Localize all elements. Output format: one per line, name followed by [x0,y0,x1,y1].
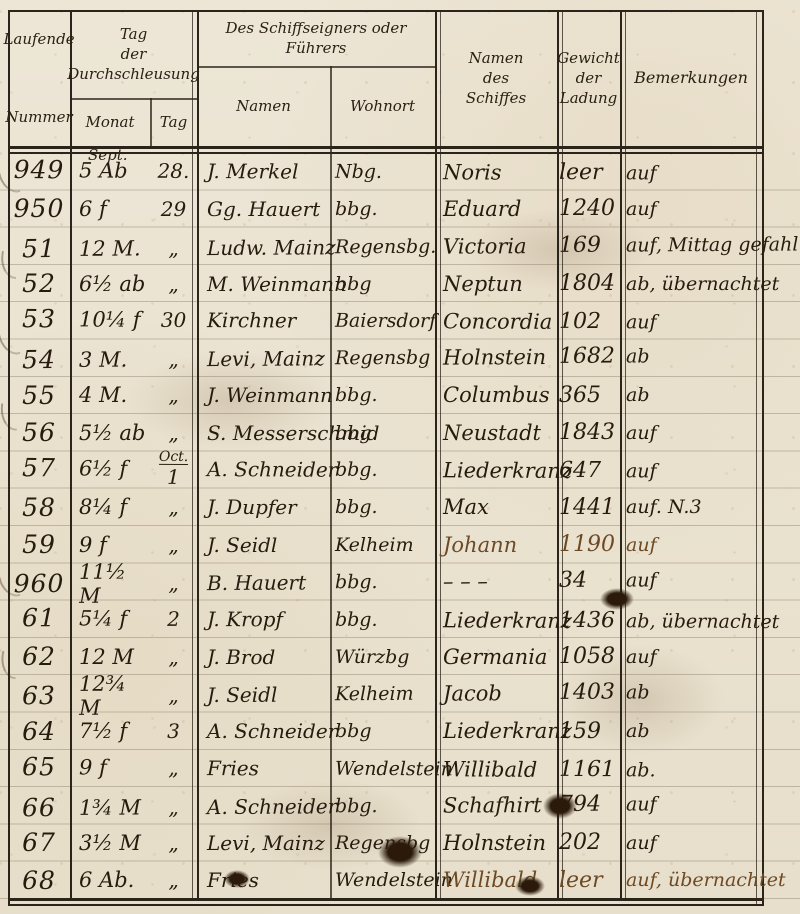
cell-day-value: „ [168,833,178,853]
cell-residence: bbg. [330,414,435,451]
cell-residence: bbg [330,712,435,749]
cell-number: 960 [8,565,70,603]
cell-time: 11½ M [70,565,150,603]
cell-residence: Nbg. [330,153,435,191]
cell-number: 53 [8,300,70,338]
cell-remark: auf [620,154,762,192]
cell-residence: Kelheim [330,675,435,713]
cell-number: 59 [8,526,70,563]
ledger-row: 63 12¾ M „ J. Seidl Kelheim Jacob 1403 a… [8,673,762,715]
cell-ship-name: Columbus [435,377,557,414]
header-month: Monat [70,98,150,146]
cell-captain: J. Seidl [197,526,330,563]
cell-ship-name: Liederkranz [435,712,557,749]
cell-ship-name: Holnstein [435,338,557,376]
cell-day: 2 [150,599,197,637]
cell-number: 54 [8,341,70,379]
cell-captain: J. Brod [197,638,330,675]
cell-number: 57 [8,449,70,487]
cell-day-value: 2 [167,608,180,628]
cell-number: 63 [8,677,70,715]
cell-time: 6 f [70,190,150,227]
cell-captain: J. Kropf [197,600,330,638]
cell-captain: Levi, Mainz [197,340,330,378]
cell-day-value: „ [168,385,178,405]
cell-remark: auf [620,453,762,491]
cell-time: 12¾ M [70,677,150,715]
cell-day-value: 1 [167,467,180,487]
cell-ship-name: Germania [435,638,557,675]
cell-weight: 647 [557,452,620,490]
cell-day-value: 28. [158,160,190,180]
cell-residence: Kelheim [330,526,435,563]
cell-day: „ [150,229,197,267]
cell-day: „ [150,676,197,714]
cell-day-value: „ [168,647,178,667]
cell-captain: A. Schneider [197,450,330,488]
cell-day: „ [150,749,197,787]
cell-weight: 1190 [557,526,620,563]
ink-blot [543,793,577,819]
cell-day-value: „ [168,497,178,517]
cell-captain: J. Dupfer [197,489,330,526]
cell-time: 5¼ f [70,599,150,637]
cell-weight: leer [557,154,620,192]
cell-day-value: „ [168,757,178,777]
cell-number: 52 [8,265,70,302]
cell-captain: J. Seidl [197,675,330,713]
cell-time: 8¼ f [70,489,150,526]
cell-day-month: Oct. [159,450,188,465]
cell-weight: 1843 [557,414,620,451]
cell-remark: ab [620,377,762,414]
ledger-row: 58 8¼ f „ J. Dupfer bbg. Max 1441 auf. N… [8,489,762,526]
cell-ship-name: Victoria [435,227,557,265]
cell-captain: B. Hauert [197,564,330,602]
cell-weight: 365 [557,377,620,414]
cell-ship-name: Johann [435,526,557,563]
cell-remark: ab [620,712,762,749]
cell-captain: S. Messerschmid [197,414,330,451]
ledger-row: 960 11½ M „ B. Hauert bbg. – – – 34 auf [8,561,762,603]
cell-weight: 1240 [557,190,620,227]
cell-day: „ [150,526,197,563]
cell-number: 67 [8,824,70,861]
cell-remark: auf [620,526,762,563]
cell-weight: 102 [557,303,620,341]
cell-day-value: 3 [167,721,180,741]
cell-day-value: „ [168,423,178,443]
cell-residence: bbg. [330,563,435,601]
cell-day-value: „ [168,349,178,369]
header-weight: Gewicht der Ladung [557,12,620,144]
cell-number: 61 [8,599,70,637]
cell-remark: ab. [620,751,762,789]
ledger-row: 61 5¼ f 2 J. Kropf bbg. Liederkranz 1436… [8,599,762,640]
cell-time: 5½ ab [70,414,150,451]
ledger-row: 65 9 f „ Fries Wendelstein Willibald 116… [8,748,762,789]
cell-day: „ [150,638,197,675]
cell-residence: Wendelstein [330,749,435,787]
cell-number: 68 [8,862,70,899]
cell-residence: Baiersdorf [330,302,435,340]
cell-time: 9 f [70,526,150,563]
ledger-page: Laufende Nummer Tag der Durchschleusung … [0,0,800,914]
cell-weight: 169 [557,226,620,264]
header-number: Laufende Nummer [8,12,70,144]
cell-remark: auf [620,190,762,227]
cell-weight: 202 [557,824,620,861]
cell-number: 949 [8,151,70,189]
cell-ship-name: Noris [435,153,557,191]
cell-day: 30 [150,301,197,339]
cell-ship-name: Schafhirt [435,786,557,824]
ledger-row: 54 3 M. „ Levi, Mainz Regensbg Holnstein… [8,337,762,379]
cell-remark: auf [620,824,762,861]
cell-residence: Würzbg [330,638,435,675]
cell-remark: ab, übernachtet [620,602,762,640]
cell-ship-name: Willibald [435,750,557,788]
cell-ship-name: Neptun [435,265,557,302]
cell-ship-name: Holnstein [435,824,557,861]
table-border-right [762,10,764,906]
cell-remark: auf [620,785,762,823]
ledger-row: 56 5½ ab „ S. Messerschmid bbg. Neustadt… [8,414,762,451]
ledger-row: 53 10¼ f 30 Kirchner Baiersdorf Concordi… [8,300,762,341]
cell-captain: Gg. Hauert [197,190,330,227]
cell-ship-name: – – – [435,562,557,600]
cell-day: „ [150,414,197,451]
cell-residence: Regensbg. [330,227,435,265]
cell-residence: bbg. [330,787,435,825]
month-start-note: Sept. [88,146,128,164]
cell-ship-name: Jacob [435,674,557,712]
cell-residence: Regensbg [330,339,435,377]
cell-number: 950 [8,190,70,227]
cell-captain: J. Merkel [197,152,330,190]
cell-day: „ [150,824,197,861]
cell-remark: auf. N.3 [620,489,762,526]
ledger-body: 949 5 Ab 28. J. Merkel Nbg. Noris leer a… [8,153,762,899]
header-remarks: Bemerkungen [620,12,762,144]
cell-number: 66 [8,789,70,827]
ledger-row: 66 1¾ M „ A. Schneider bbg. Schafhirt 79… [8,785,762,827]
cell-captain: Kirchner [197,301,330,339]
cell-remark: auf [620,638,762,675]
cell-ship-name: Liederkranz [435,452,557,490]
ledger-row: 68 6 Ab. „ Fries Wendelstein Willibald l… [8,862,762,899]
cell-day-value: „ [168,237,178,257]
cell-number: 56 [8,414,70,451]
cell-day: 3 [150,712,197,749]
cell-time: 10¼ f [70,301,150,339]
header-day: Tag [150,98,197,146]
cell-captain: M. Weinmann [197,265,330,302]
cell-time: 4 M. [70,377,150,414]
cell-residence: bbg. [330,190,435,227]
table-border-bottom-2 [8,904,762,906]
cell-weight: 1403 [557,674,620,712]
cell-time: 6½ ab [70,265,150,302]
cell-remark: auf, übernachtet [620,862,762,899]
cell-time: 3½ M [70,824,150,861]
cell-weight: 1682 [557,338,620,376]
ledger-row: 51 12 M. „ Ludw. Mainz Regensbg. Victori… [8,225,762,267]
cell-time: 3 M. [70,341,150,379]
cell-remark: auf [620,561,762,599]
cell-day: „ [150,265,197,302]
cell-time: 6½ f [70,450,150,488]
cell-ship-name: Neustadt [435,414,557,451]
cell-day-value: 29 [161,199,186,219]
cell-ship-name: Eduard [435,190,557,227]
cell-captain: Levi, Mainz [197,824,330,861]
cell-remark: auf [620,303,762,341]
ledger-row: 55 4 M. „ J. Weinmann bbg. Columbus 365 … [8,377,762,414]
cell-number: 51 [8,230,70,268]
cell-time: 1¾ M [70,788,150,826]
cell-day-value: „ [168,797,178,817]
cell-residence: bbg. [330,451,435,489]
cell-number: 62 [8,638,70,675]
cell-residence: Wendelstein [330,862,435,899]
cell-day: „ [150,489,197,526]
cell-day: 29 [150,190,197,227]
ledger-row: 52 6½ ab „ M. Weinmann bbg Neptun 1804 a… [8,265,762,302]
cell-weight: 1441 [557,489,620,526]
ink-blot [600,588,634,610]
cell-captain: Fries [197,749,330,787]
cell-number: 64 [8,712,70,749]
cell-day: „ [150,377,197,414]
cell-remark: ab [620,337,762,375]
cell-time: 12 M. [70,229,150,267]
cell-remark: auf, Mittag gefahl. [620,225,762,263]
cell-captain: J. Weinmann [197,377,330,414]
cell-captain: A. Schneider [197,712,330,749]
cell-time: 12 M [70,638,150,675]
cell-day: 28. [150,152,197,190]
header-owner-group: Des Schiffseigners oder Führers [197,12,435,64]
ledger-row: 62 12 M „ J. Brod Würzbg Germania 1058 a… [8,638,762,675]
cell-ship-name: Max [435,489,557,526]
cell-day: „ [150,862,197,899]
cell-captain: Fries [197,862,330,899]
cell-weight: leer [557,862,620,899]
cell-remark: auf [620,414,762,451]
cell-number: 58 [8,489,70,526]
cell-day-value: „ [168,870,178,890]
cell-weight: 159 [557,712,620,749]
cell-day-value: „ [168,274,178,294]
cell-remark: ab, übernachtet [620,265,762,302]
cell-day-value: 30 [161,310,187,330]
cell-weight: 1804 [557,265,620,302]
cell-day-value: „ [168,685,178,705]
header-owner-name: Namen [197,66,330,146]
cell-residence: bbg. [330,600,435,638]
cell-day: „ [150,788,197,826]
cell-residence: bbg. [330,377,435,414]
header-residence: Wohnort [330,66,435,146]
ledger-row: 59 9 f „ J. Seidl Kelheim Johann 1190 au… [8,526,762,563]
cell-residence: bbg. [330,489,435,526]
cell-remark: ab [620,673,762,711]
cell-day-value: „ [168,573,178,593]
cell-time: 9 f [70,748,150,786]
cell-number: 65 [8,748,70,786]
cell-time: 6 Ab. [70,862,150,899]
cell-ship-name: Concordia [435,302,557,340]
ledger-row: 57 6½ f Oct. 1 A. Schneider bbg. Liederk… [8,449,762,490]
header-ship: Namen des Schiffes [435,12,557,144]
cell-day: „ [150,564,197,602]
cell-weight: 1058 [557,638,620,675]
cell-ship-name: Liederkranz [435,601,557,639]
header-passage-group: Tag der Durchschleusung [70,12,197,96]
cell-weight: 1161 [557,751,620,789]
ink-blot [224,870,250,888]
cell-captain: Ludw. Mainz [197,228,330,266]
cell-number: 55 [8,377,70,414]
cell-day: Oct. 1 [150,450,197,488]
cell-day-value: „ [168,535,178,555]
cell-residence: bbg [330,265,435,302]
ledger-row: 950 6 f 29 Gg. Hauert bbg. Eduard 1240 a… [8,190,762,227]
cell-captain: A. Schneider [197,787,330,825]
cell-day: „ [150,341,197,379]
